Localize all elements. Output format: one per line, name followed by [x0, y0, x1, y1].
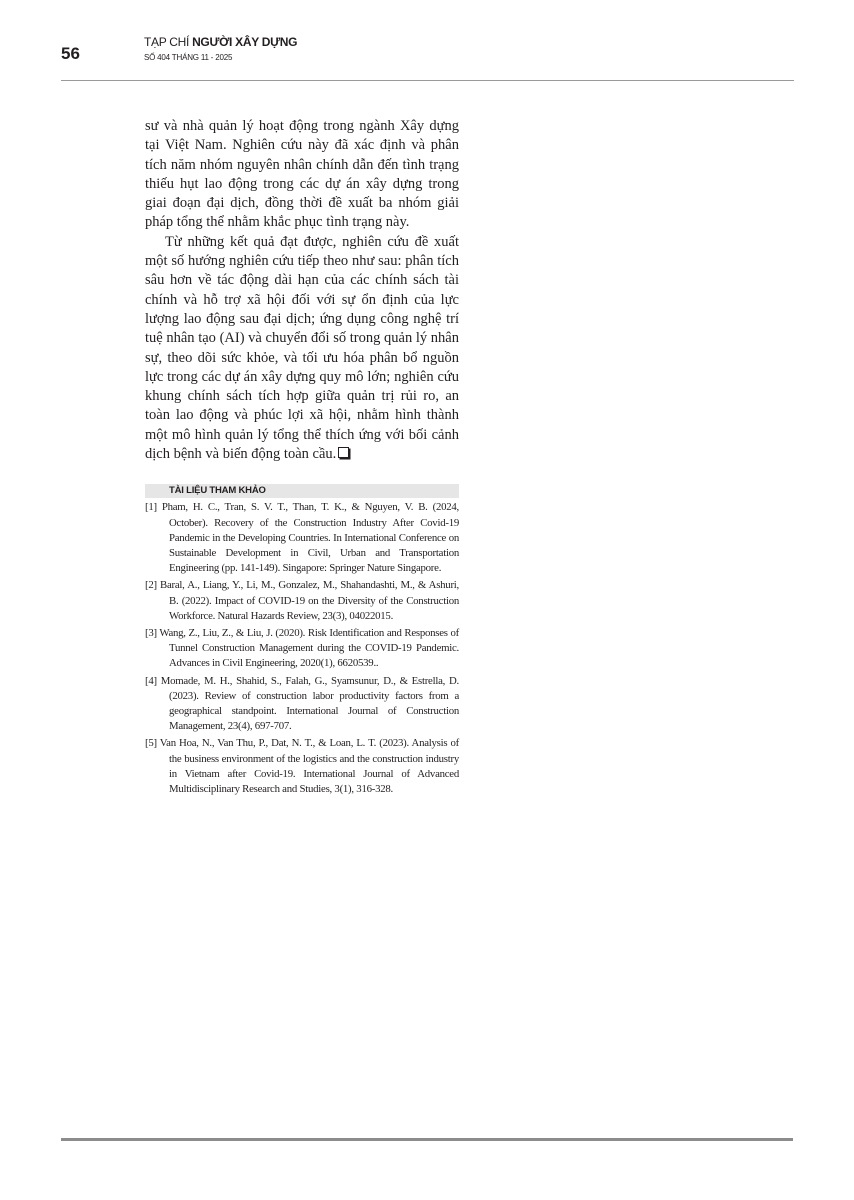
body-paragraph: sư và nhà quản lý hoạt động trong ngành …: [145, 117, 459, 233]
journal-name: NGƯỜI XÂY DỰNG: [192, 35, 297, 49]
body-paragraph-text: Từ những kết quả đạt được, nghiên cứu đề…: [145, 234, 459, 462]
body-paragraph: Từ những kết quả đạt được, nghiên cứu đề…: [145, 233, 459, 465]
end-of-article-icon: [338, 447, 349, 458]
page-number: 56: [61, 44, 80, 64]
reference-item: [4] Momade, M. H., Shahid, S., Falah, G.…: [145, 674, 459, 735]
text-column: sư và nhà quản lý hoạt động trong ngành …: [145, 117, 459, 799]
journal-prefix: TẠP CHÍ: [144, 35, 192, 49]
reference-item: [2] Baral, A., Liang, Y., Li, M., Gonzal…: [145, 578, 459, 624]
header-rule: [61, 80, 794, 81]
reference-item: [3] Wang, Z., Liu, Z., & Liu, J. (2020).…: [145, 626, 459, 672]
references-list: [1] Pham, H. C., Tran, S. V. T., Than, T…: [145, 500, 459, 797]
reference-item: [1] Pham, H. C., Tran, S. V. T., Than, T…: [145, 500, 459, 576]
footer-rule: [61, 1138, 793, 1141]
reference-item: [5] Van Hoa, N., Van Thu, P., Dat, N. T.…: [145, 736, 459, 797]
journal-title: TẠP CHÍ NGƯỜI XÂY DỰNG: [144, 35, 297, 49]
issue-info: SỐ 404 THÁNG 11 - 2025: [144, 53, 232, 62]
references-heading: TÀI LIỆU THAM KHẢO: [145, 484, 459, 498]
